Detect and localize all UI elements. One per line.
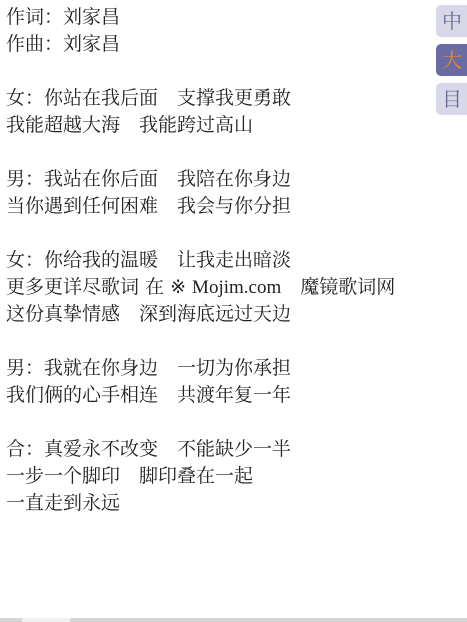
blank-line (6, 58, 395, 85)
font-medium-button[interactable]: 中 (436, 5, 467, 37)
lyric-line: 男：我就在你身边 一切为你承担 (6, 355, 395, 382)
lyric-line: 作词：刘家昌 (6, 4, 395, 31)
lyric-line: 我们俩的心手相连 共渡年复一年 (6, 382, 395, 409)
watermark-suffix: 魔镜歌词网 (281, 276, 395, 298)
blank-line (6, 409, 395, 436)
site-watermark-line: 更多更详尽歌词 在 ※ Mojim.com 魔镜歌词网 (6, 274, 395, 301)
horizontal-scrollbar[interactable] (0, 618, 467, 622)
blank-line (6, 328, 395, 355)
lyric-line: 这份真挚情感 深到海底远过天边 (6, 301, 395, 328)
lyric-line: 当你遇到任何困难 我会与你分担 (6, 193, 395, 220)
watermark-site: Mojim.com (192, 277, 281, 298)
table-of-contents-button[interactable]: 目 (436, 83, 467, 115)
lyric-line: 一步一个脚印 脚印叠在一起 (6, 463, 395, 490)
lyric-line: 作曲：刘家昌 (6, 31, 395, 58)
font-size-toolbar: 中 大 目 (436, 5, 467, 122)
lyric-line: 女：你站在我后面 支撑我更勇敢 (6, 85, 395, 112)
scrollbar-thumb[interactable] (22, 618, 70, 622)
blank-line (6, 220, 395, 247)
lyric-line: 女：你给我的温暖 让我走出暗淡 (6, 247, 395, 274)
lyrics-body: 作词：刘家昌 作曲：刘家昌 女：你站在我后面 支撑我更勇敢 我能超越大海 我能跨… (6, 4, 395, 517)
lyric-line: 合：真爱永不改变 不能缺少一半 (6, 436, 395, 463)
watermark-prefix: 更多更详尽歌词 在 ※ (6, 276, 192, 298)
blank-line (6, 139, 395, 166)
lyric-line: 男：我站在你后面 我陪在你身边 (6, 166, 395, 193)
lyric-line: 我能超越大海 我能跨过高山 (6, 112, 395, 139)
font-large-button[interactable]: 大 (436, 44, 467, 76)
lyric-line: 一直走到永远 (6, 490, 395, 517)
